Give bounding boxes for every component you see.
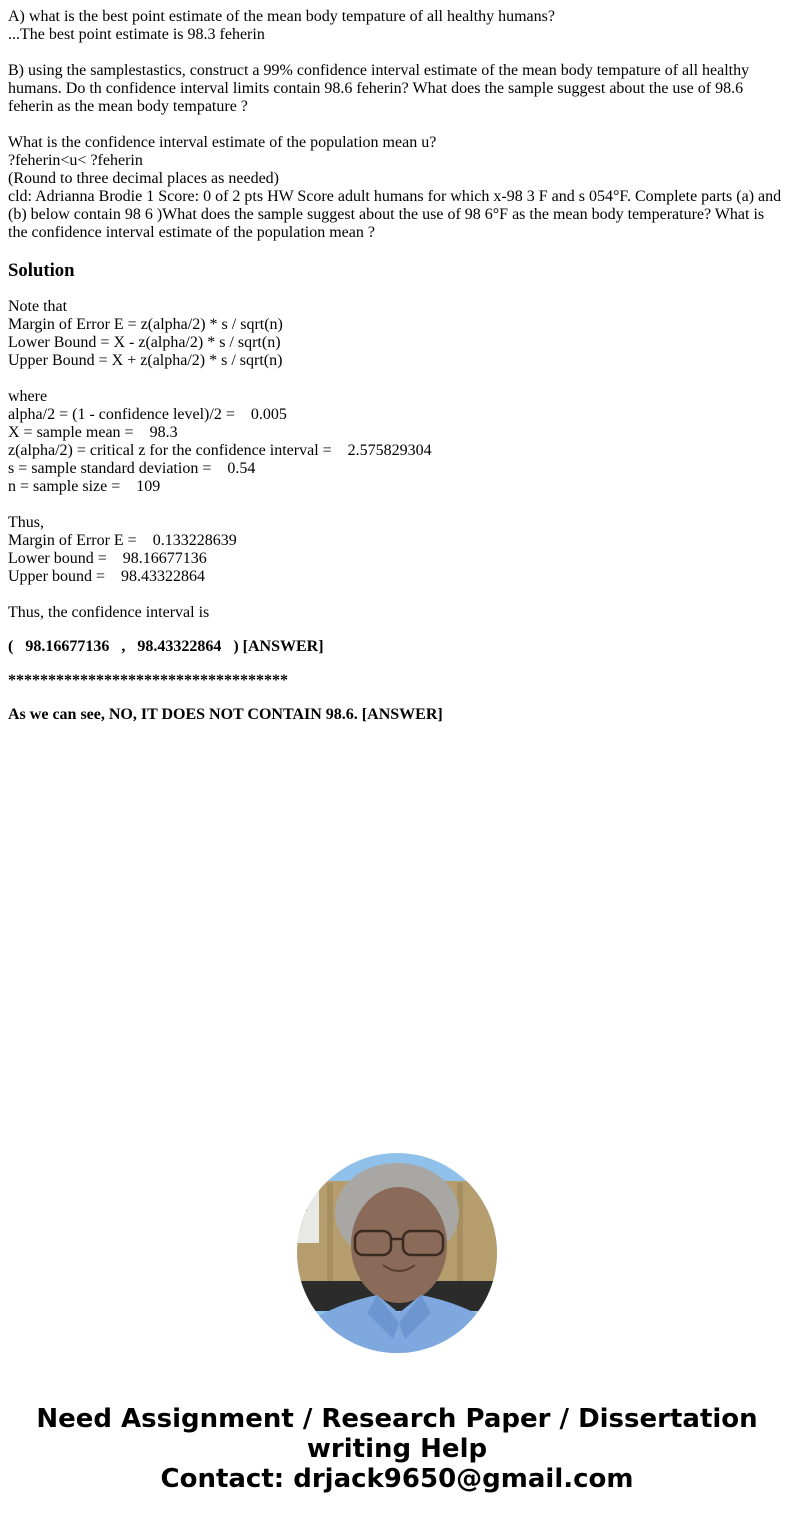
conclusion: As we can see, NO, IT DOES NOT CONTAIN 9… bbox=[8, 706, 786, 724]
results-label: Thus, bbox=[8, 514, 786, 532]
results-block: Thus, Margin of Error E = 0.133228639 Lo… bbox=[8, 514, 786, 586]
footer-line-2: writing Help bbox=[0, 1434, 794, 1464]
ci-answer: ( 98.16677136 , 98.43322864 ) [ANSWER] bbox=[8, 638, 786, 656]
document-body: A) what is the best point estimate of th… bbox=[8, 8, 786, 740]
footer-contact: Contact: drjack9650@gmail.com bbox=[0, 1464, 794, 1494]
footer-banner: Need Assignment / Research Paper / Disse… bbox=[0, 1404, 794, 1494]
tutor-portrait-photo-icon bbox=[297, 1153, 497, 1353]
margin-result: Margin of Error E = 0.133228639 bbox=[8, 532, 786, 550]
tutor-avatar bbox=[297, 1153, 497, 1353]
part-a-answer: ...The best point estimate is 98.3 feher… bbox=[8, 26, 786, 44]
separator: *********************************** bbox=[8, 672, 786, 690]
part-b: B) using the samplestastics, construct a… bbox=[8, 62, 786, 116]
formulas-intro: Note that bbox=[8, 298, 786, 316]
formula-upper: Upper Bound = X + z(alpha/2) * s / sqrt(… bbox=[8, 352, 786, 370]
where-label: where bbox=[8, 388, 786, 406]
sample-sd-value: s = sample standard deviation = 0.54 bbox=[8, 460, 786, 478]
ocr-context: cld: Adrianna Brodie 1 Score: 0 of 2 pts… bbox=[8, 188, 786, 242]
ci-question-block: What is the confidence interval estimate… bbox=[8, 134, 786, 242]
part-a: A) what is the best point estimate of th… bbox=[8, 8, 786, 44]
rounding-note: (Round to three decimal places as needed… bbox=[8, 170, 786, 188]
sample-size-value: n = sample size = 109 bbox=[8, 478, 786, 496]
formulas-block: Note that Margin of Error E = z(alpha/2)… bbox=[8, 298, 786, 370]
upper-bound-result: Upper bound = 98.43322864 bbox=[8, 568, 786, 586]
solution-heading: Solution bbox=[8, 260, 786, 282]
ci-question: What is the confidence interval estimate… bbox=[8, 134, 786, 152]
lower-bound-result: Lower bound = 98.16677136 bbox=[8, 550, 786, 568]
sample-mean-value: X = sample mean = 98.3 bbox=[8, 424, 786, 442]
part-a-prompt: A) what is the best point estimate of th… bbox=[8, 8, 786, 26]
critical-z-value: z(alpha/2) = critical z for the confiden… bbox=[8, 442, 786, 460]
formula-margin: Margin of Error E = z(alpha/2) * s / sqr… bbox=[8, 316, 786, 334]
part-b-prompt: B) using the samplestastics, construct a… bbox=[8, 62, 786, 116]
ci-intro: Thus, the confidence interval is bbox=[8, 604, 786, 622]
where-block: where alpha/2 = (1 - confidence level)/2… bbox=[8, 388, 786, 496]
alpha-value: alpha/2 = (1 - confidence level)/2 = 0.0… bbox=[8, 406, 786, 424]
footer-line-1: Need Assignment / Research Paper / Disse… bbox=[0, 1404, 794, 1434]
formula-lower: Lower Bound = X - z(alpha/2) * s / sqrt(… bbox=[8, 334, 786, 352]
ci-template: ?feherin<u< ?feherin bbox=[8, 152, 786, 170]
